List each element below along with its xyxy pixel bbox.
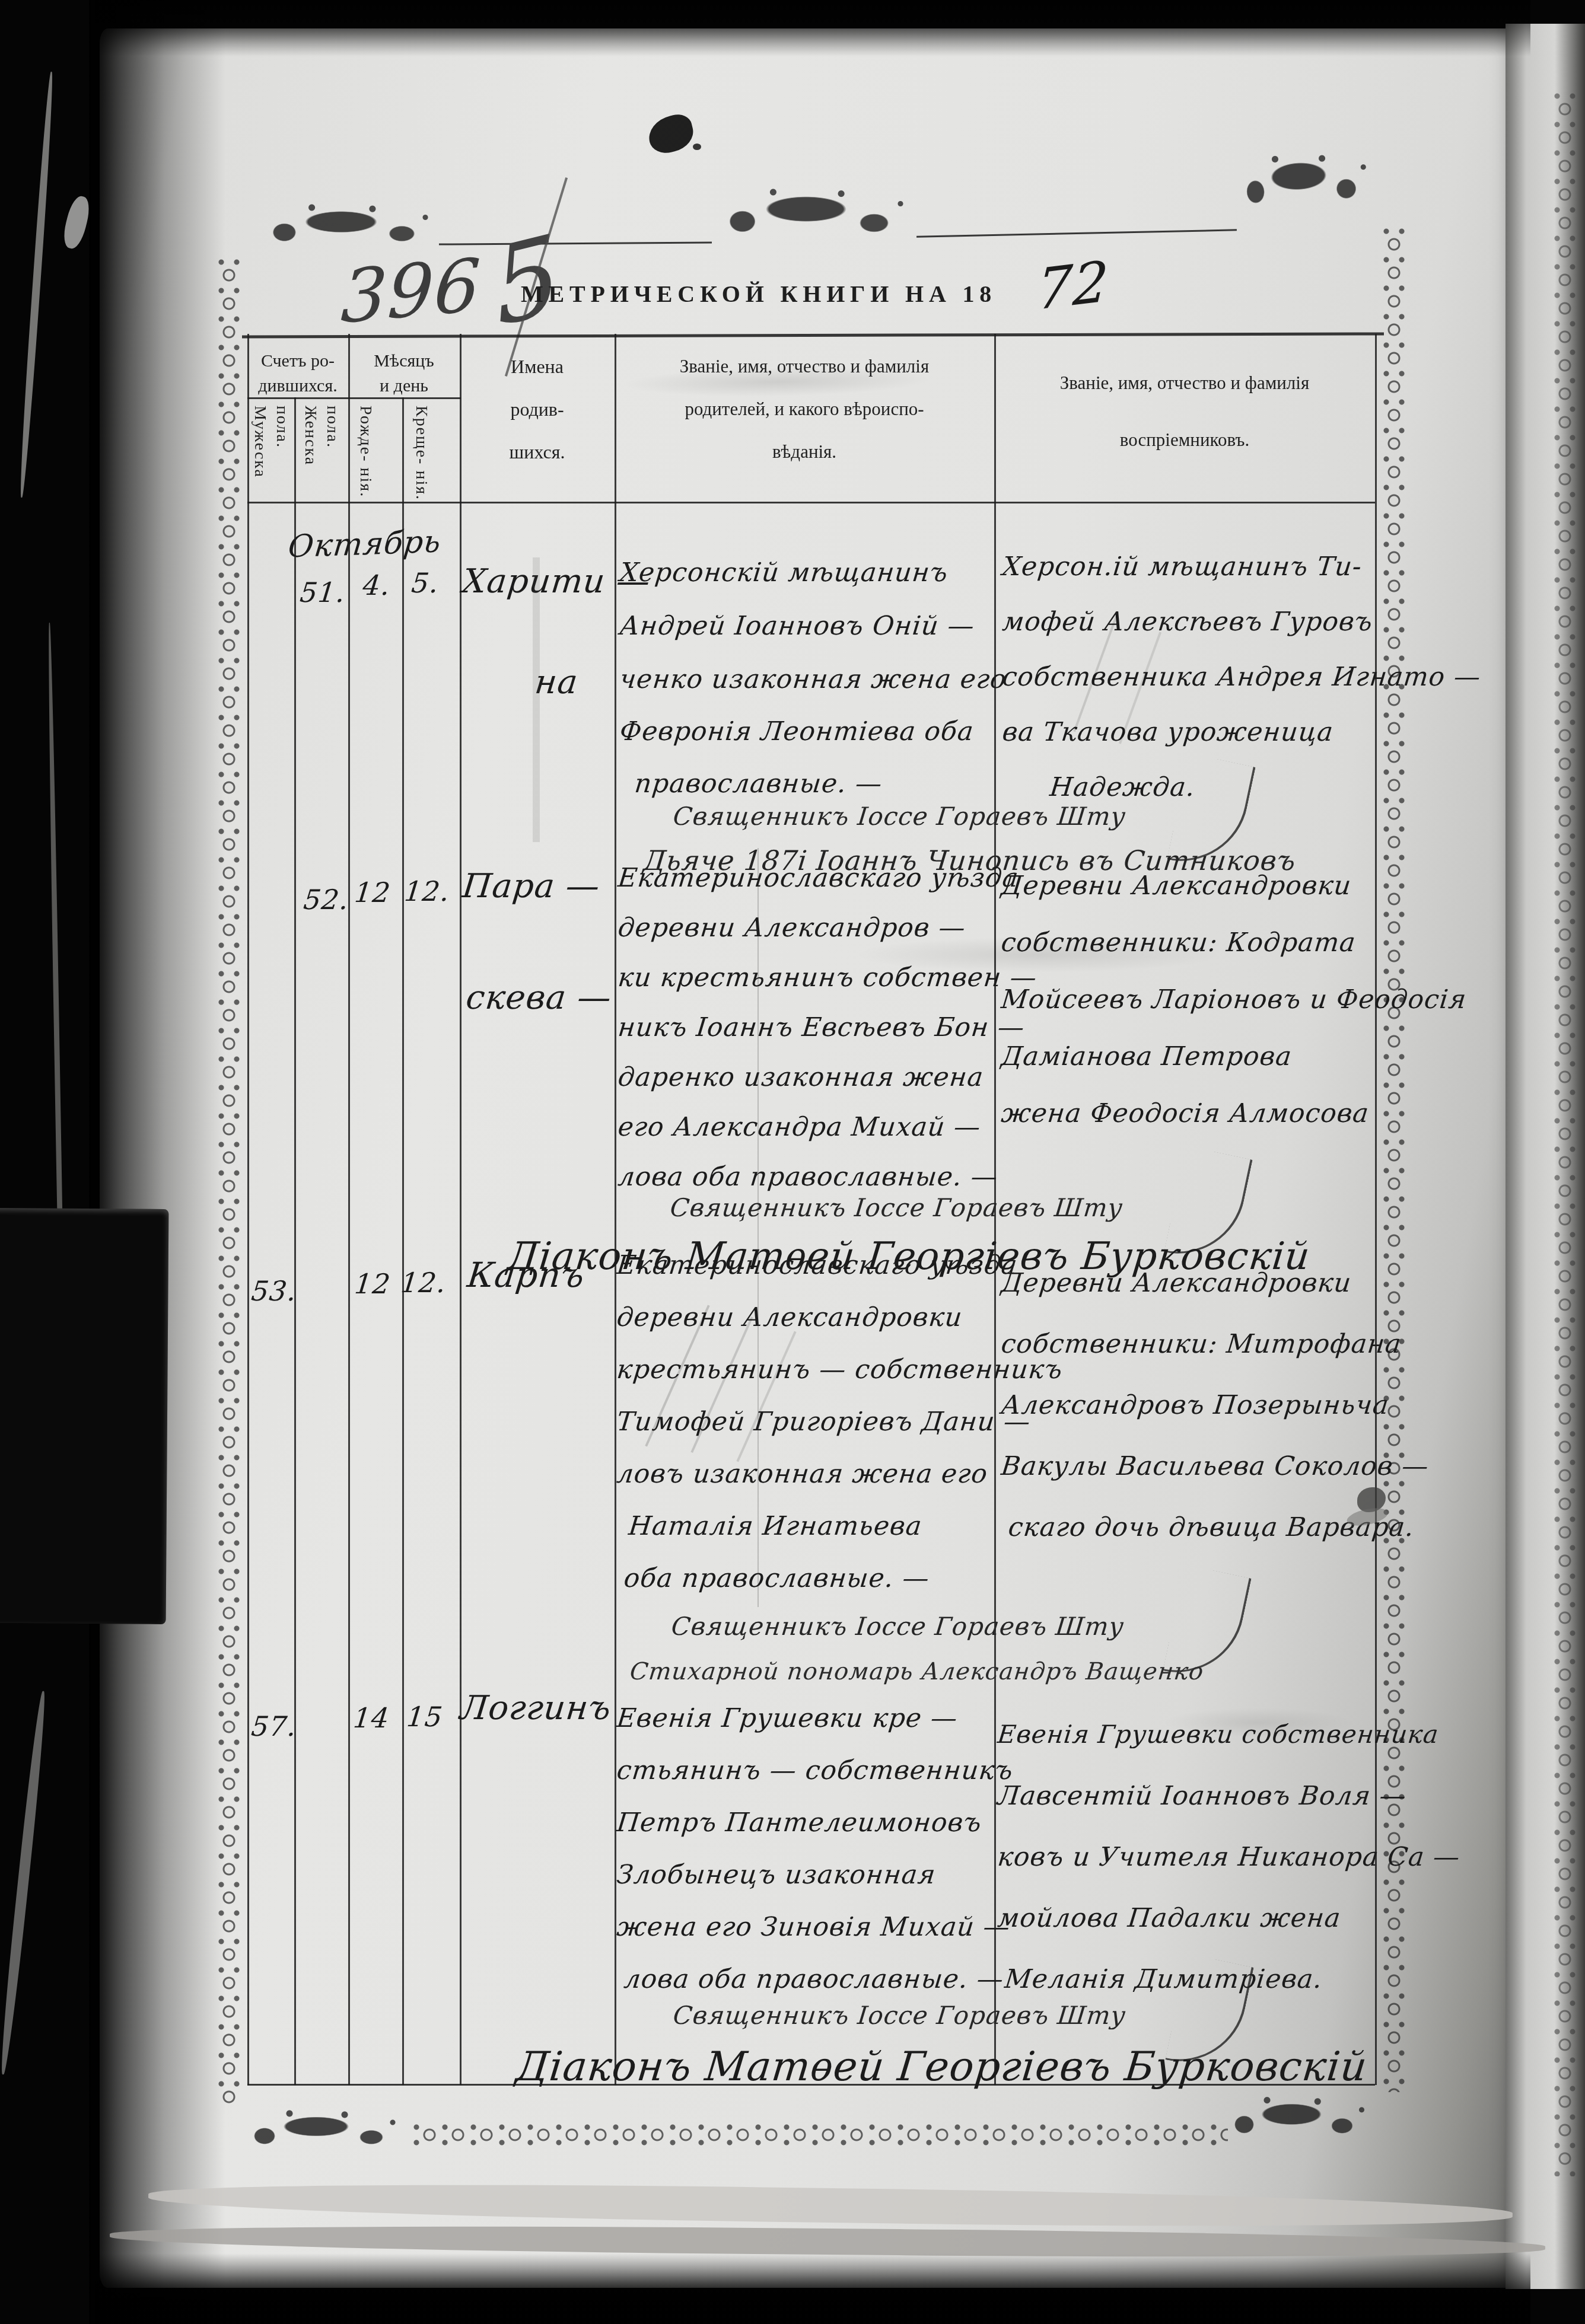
godparents-line: Надежда. — [1048, 772, 1196, 802]
godparents-line: собственника Андрея Игнато — — [1001, 662, 1482, 692]
ornament-right-band — [1379, 224, 1411, 2092]
baptized-day: 5. — [410, 567, 441, 599]
ornament-bottom-band — [409, 2119, 1228, 2154]
header-mid-rule — [247, 397, 461, 399]
baptized-day: 12. — [403, 875, 451, 907]
parents-line: ченко изаконная жена его — [618, 664, 1008, 694]
parents-line: деревни Александровки — [615, 1302, 964, 1332]
baptized-day: 15 — [405, 1701, 444, 1733]
table-line — [247, 334, 249, 2085]
deacon-signature: Діаконъ Матѳей Георгіевъ Бурковскій — [514, 2044, 1370, 2090]
header-names-l1: Имена — [460, 356, 615, 378]
row-number: 51. — [298, 576, 347, 608]
born-day: 12 — [353, 876, 392, 908]
parents-line: Злобынецъ изаконная — [615, 1860, 937, 1890]
folio-number: 396 — [339, 243, 483, 340]
parents-line: Херсонскій мѣщанинъ — [618, 557, 950, 588]
parents-line: его Александра Михай — — [616, 1112, 982, 1142]
child-name: Пара — — [461, 867, 602, 906]
godparents-line: Херсон.ій мѣщанинъ Ти- — [1001, 551, 1363, 582]
book-gutter-shadow — [89, 0, 225, 2324]
scanned-metric-book-page: 396 5 МЕТРИЧЕСКОЙ КНИГИ НА 18 72 Счетъ р… — [0, 0, 1585, 2324]
godparents-line: Евенія Грушевки собственника — [996, 1720, 1440, 1749]
header-parents-l3: вѣданія. — [615, 441, 994, 463]
header-parents-l1: Званіе, имя, отчество и фамилія — [615, 356, 994, 377]
priest-attestation: Священникъ Іоссе Гораевъ Шту — [669, 1193, 1124, 1222]
parents-line: оба православные. — — [622, 1563, 931, 1593]
header-godparents-l2: воспріемниковъ. — [994, 429, 1375, 451]
born-day: 12 — [353, 1268, 392, 1300]
month-label: Октябрь — [287, 524, 443, 565]
parents-line: Наталія Игнатьева — [627, 1511, 924, 1541]
header-names-l3: шихся. — [460, 441, 615, 463]
godparents-line: Лавсентій Іоанновъ Воля — — [996, 1781, 1408, 1811]
page-title: МЕТРИЧЕСКОЙ КНИГИ НА 18 — [521, 280, 997, 308]
parents-line: Евенія Грушевки кре — — [615, 1703, 959, 1733]
header-month-l2: и день — [348, 376, 460, 396]
godparents-line: Мойсеевъ Ларіоновъ и Феодосія — [1000, 984, 1468, 1015]
row-number: 57. — [250, 1710, 298, 1742]
table-line — [294, 397, 296, 2085]
godparents-line: жена Феодосія Алмосова — [1000, 1098, 1370, 1128]
ornament-bottom-left — [233, 2102, 410, 2161]
header-born: Рожде- нія. — [355, 406, 377, 509]
ornament-top-right — [1226, 137, 1382, 228]
parents-line: Андрей Іоанновъ Оній — — [618, 611, 976, 641]
parents-line: даренко изаконная жена — [616, 1062, 985, 1092]
header-baptized: Креще- нія. — [410, 406, 432, 509]
table-line — [1375, 334, 1377, 2085]
godparents-line: Деревни Александровки — [1000, 871, 1353, 901]
parents-line: ки крестьянинъ собствен — — [616, 962, 1038, 993]
row-number: 53. — [250, 1275, 298, 1307]
godparents-line: мойлова Падалки жена — [996, 1903, 1342, 1933]
priest-attestation: Священникъ Іоссе Гораевъ Шту — [670, 1612, 1125, 1641]
row-number: 52. — [302, 884, 351, 916]
parents-line: деревни Александров — — [616, 913, 967, 943]
header-godparents-l1: Званіе, имя, отчество и фамилія — [994, 372, 1375, 394]
header-count-l1: Счетъ ро- — [247, 351, 348, 371]
top-shadow — [95, 0, 1530, 56]
parents-line: жена его Зиновія Михай — — [615, 1912, 1011, 1942]
parents-line: Февронія Леонтіева оба — [618, 716, 975, 747]
parents-line: никъ Іоаннъ Евсѣевъ Бон — — [616, 1012, 1026, 1043]
born-day: 4. — [361, 569, 392, 601]
priest-attestation: Священникъ Іоссе Гораевъ Шту — [671, 2001, 1127, 2030]
torn-edge-streak — [18, 71, 55, 498]
clerk-signature: Стихарной пономарь Александръ Ващенко — [629, 1658, 1205, 1685]
parents-line: крестьянинъ — собственникъ — [615, 1354, 1064, 1385]
table-line — [402, 397, 404, 2085]
parents-line: лова оба православные. — — [616, 1162, 999, 1192]
godparents-line: ковъ и Учителя Никанора Са — — [996, 1842, 1462, 1872]
table-line — [348, 334, 350, 2085]
next-page-ornament — [1549, 89, 1578, 2176]
header-parents-l2: родителей, и какого вѣроиспо- — [615, 399, 994, 420]
header-male: Мужеска пола. — [249, 406, 293, 509]
godparents-line: Меланія Димитріева. — [1003, 1964, 1324, 1994]
parents-line: Екатеринославскаго уѣзда — [615, 1250, 1019, 1280]
parents-line: лова оба православные. — — [622, 1964, 1005, 1994]
godparents-line: Александровъ Позерыньча — [1000, 1390, 1390, 1420]
bookmark-clip — [0, 1208, 168, 1624]
parents-line: православные. — — [633, 769, 884, 799]
parents-line: стьянинъ — собственникъ — [615, 1755, 1014, 1786]
born-day: 14 — [352, 1702, 391, 1734]
ornament-bottom-right — [1215, 2087, 1378, 2151]
parents-line: Тимофей Григоріевъ Дани — — [615, 1407, 1032, 1437]
godparents-line: собственники: Митрофана — [1000, 1329, 1403, 1359]
godparents-line: Вакулы Васильева Соколов — — [1000, 1451, 1430, 1481]
godparents-line: собственники: Кодрата — [1000, 927, 1357, 958]
godparents-line: мофей Алексѣевъ Гуровъ — [1001, 607, 1374, 637]
year-handwritten: 72 — [1036, 249, 1111, 323]
header-month-l1: Мѣсяцъ — [348, 351, 460, 371]
godparents-line: ва Ткачова уроженица — [1001, 717, 1335, 747]
torn-edge-streak — [0, 1691, 49, 2075]
godparents-line: Деревни Александровки — [1000, 1268, 1353, 1298]
child-name: Логгинъ — [459, 1689, 613, 1727]
baptized-day: 12. — [399, 1267, 448, 1299]
child-name: на — [533, 663, 580, 702]
header-female: Женска пола. — [300, 406, 343, 509]
parents-line: Петръ Пантелеимоновъ — [615, 1807, 983, 1838]
torn-edge-chip — [61, 194, 93, 251]
child-name: Карпъ — [465, 1255, 587, 1295]
header-names-l2: родив- — [460, 399, 615, 420]
ink-drop — [693, 144, 701, 150]
parents-line: Екатеринославскаго уѣзда — [616, 863, 1020, 893]
parents-line: ловъ изаконная жена его — [615, 1459, 989, 1489]
ornament-top-center — [703, 177, 922, 254]
godparents-line: Даміанова Петрова — [1000, 1041, 1293, 1072]
child-name: скева — — [464, 978, 614, 1017]
priest-attestation: Священникъ Іоссе Гораевъ Шту — [671, 802, 1127, 831]
bottom-shadow — [95, 2253, 1530, 2324]
header-count-l2: дившихся. — [247, 376, 348, 396]
ornament-left-band — [214, 255, 244, 2105]
